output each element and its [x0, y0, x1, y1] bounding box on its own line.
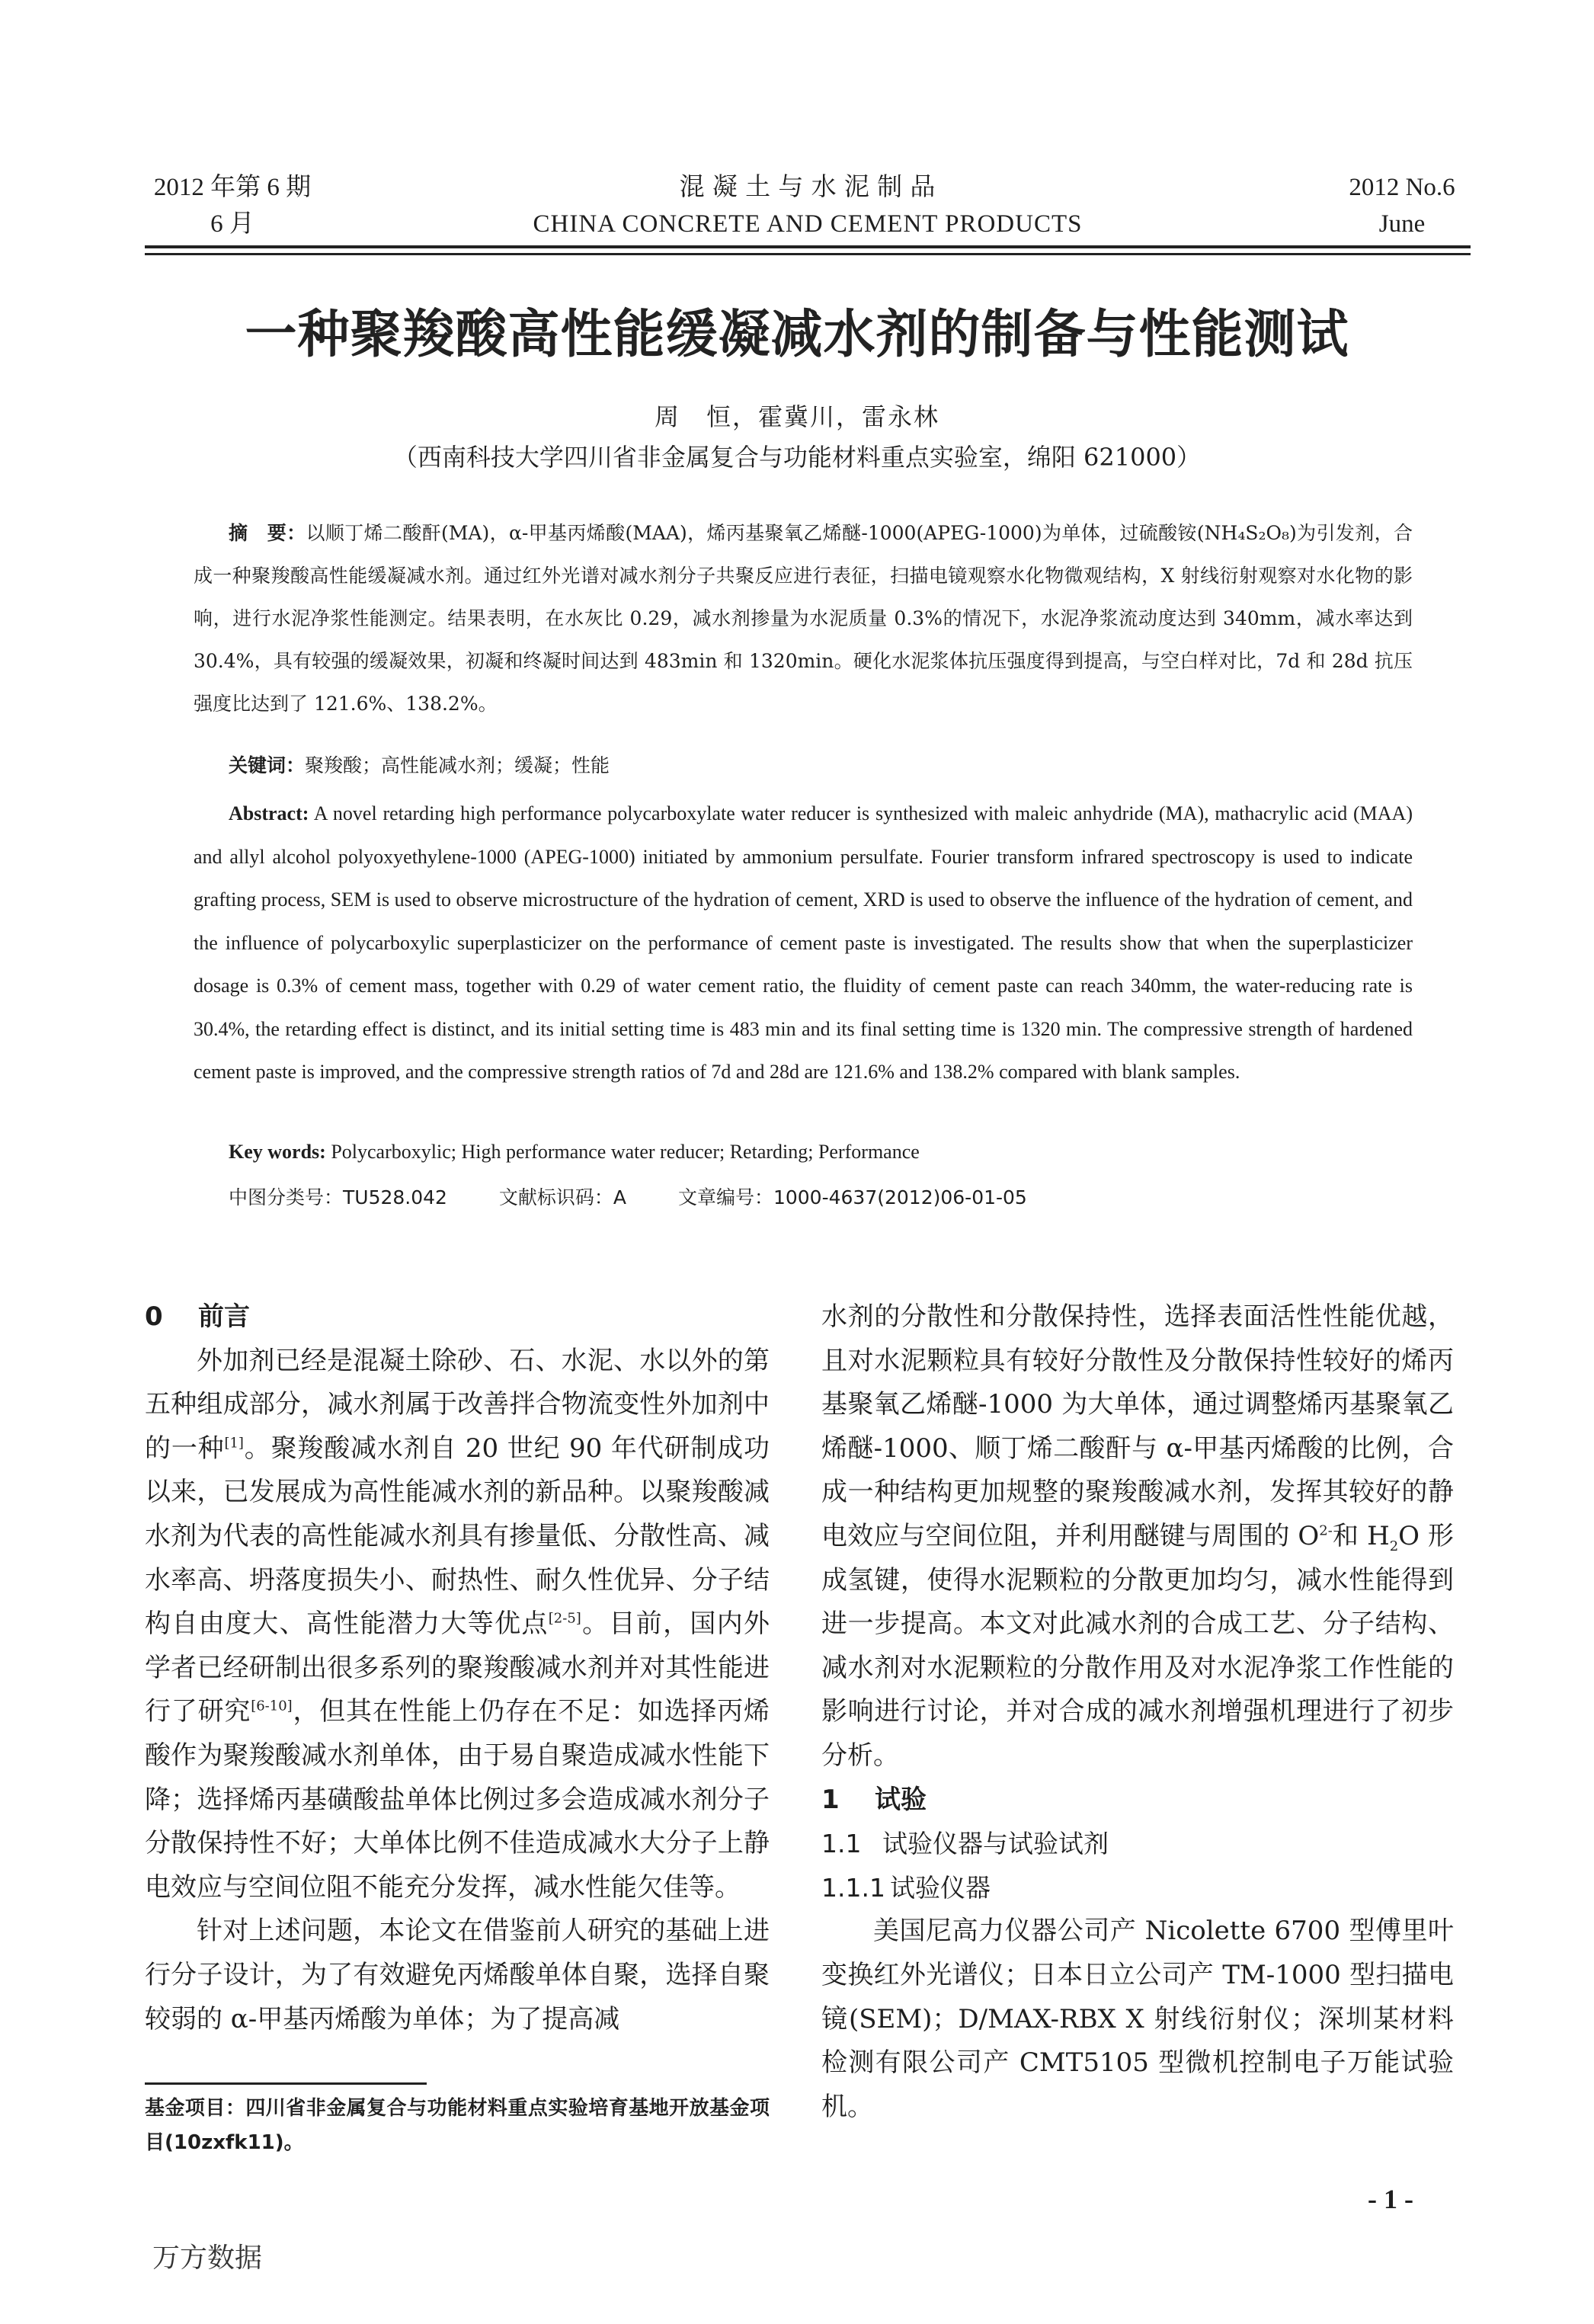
abstract-cn: 摘 要：以顺丁烯二酸酐(MA)，α-甲基丙烯酸(MAA)，烯丙基聚氧乙烯醚-10… [194, 512, 1413, 725]
issue-month-en: June [1333, 206, 1471, 242]
citation-ref: [1] [224, 1435, 244, 1451]
watermark: 万方数据 [152, 2236, 262, 2275]
section-heading-1-1: 1.1试验仪器与试验试剂 [821, 1822, 1454, 1866]
abstract-cn-label: 摘 要： [229, 522, 306, 544]
keywords-cn-text: 聚羧酸；高性能减水剂；缓凝；性能 [305, 754, 610, 776]
paper-page: 2012 年第 6 期 6 月 混 凝 土 与 水 泥 制 品 CHINA CO… [0, 0, 1594, 2324]
clc-number: 中图分类号：TU528.042 [229, 1186, 447, 1208]
classification-line: 中图分类号：TU528.042 文献标识码：A 文章编号：1000-4637(2… [229, 1183, 1073, 1210]
issue-year-en: 2012 No.6 [1333, 169, 1471, 206]
paragraph-intro-cont: 水剂的分散性和分散保持性，选择表面活性性能优越，且对水泥颗粒具有较好分散性及分散… [821, 1295, 1454, 1778]
funding-footnote: 基金项目：四川省非金属复合与功能材料重点实验培育基地开放基金项目(10zxfk1… [145, 2092, 770, 2160]
issue-en: 2012 No.6 June [1333, 169, 1471, 242]
footnote-rule [145, 2082, 427, 2085]
keywords-cn-label: 关键词： [229, 754, 305, 776]
header-rule-thick [145, 245, 1471, 248]
body-column-right: 水剂的分散性和分散保持性，选择表面活性性能优越，且对水泥颗粒具有较好分散性及分散… [821, 1295, 1454, 2129]
section-heading-0: 0前言 [145, 1295, 770, 1340]
journal-name-en: CHINA CONCRETE AND CEMENT PRODUCTS [145, 206, 1471, 242]
section-heading-1: 1试验 [821, 1778, 1454, 1823]
article-number: 文章编号：1000-4637(2012)06-01-05 [678, 1186, 1027, 1208]
abstract-en: Abstract: A novel retarding high perform… [194, 792, 1413, 1094]
keywords-en-text: Polycarboxylic; High performance water r… [326, 1141, 920, 1163]
keywords-en: Key words: Polycarboxylic; High performa… [229, 1141, 920, 1164]
journal-name-cn: 混 凝 土 与 水 泥 制 品 [145, 169, 1471, 206]
paper-title: 一种聚羧酸高性能缓凝减水剂的制备与性能测试 [0, 293, 1594, 367]
paragraph-intro-2: 针对上述问题，本论文在借鉴前人研究的基础上进行分子设计，为了有效避免丙烯酸单体自… [145, 1909, 770, 2041]
document-code: 文献标识码：A [499, 1186, 626, 1208]
keywords-en-label: Key words: [229, 1141, 326, 1163]
abstract-en-text: A novel retarding high performance polyc… [194, 802, 1413, 1083]
abstract-en-label: Abstract: [229, 802, 309, 824]
header-rule-thin [145, 253, 1471, 255]
page-number: - 1 - [1368, 2183, 1413, 2215]
paragraph-instruments: 美国尼高力仪器公司产 Nicolette 6700 型傅里叶变换红外光谱仪；日本… [821, 1909, 1454, 2129]
section-heading-1-1-1: 1.1.1试验仪器 [821, 1866, 1454, 1910]
citation-ref: [6-10] [251, 1698, 292, 1714]
paragraph-intro-1: 外加剂已经是混凝土除砂、石、水泥、水以外的第五种组成部分，减水剂属于改善拌合物流… [145, 1340, 770, 1910]
citation-ref: [2-5] [549, 1611, 581, 1627]
keywords-cn: 关键词：聚羧酸；高性能减水剂；缓凝；性能 [229, 751, 610, 778]
body-column-left: 0前言 外加剂已经是混凝土除砂、石、水泥、水以外的第五种组成部分，减水剂属于改善… [145, 1295, 770, 2041]
journal-name: 混 凝 土 与 水 泥 制 品 CHINA CONCRETE AND CEMEN… [145, 169, 1471, 242]
journal-header: 2012 年第 6 期 6 月 混 凝 土 与 水 泥 制 品 CHINA CO… [145, 169, 1471, 245]
affiliation: （西南科技大学四川省非金属复合与功能材料重点实验室，绵阳 621000） [0, 438, 1594, 473]
abstract-cn-text: 以顺丁烯二酸酐(MA)，α-甲基丙烯酸(MAA)，烯丙基聚氧乙烯醚-1000(A… [194, 522, 1413, 715]
authors: 周 恒，霍冀川，雷永林 [0, 398, 1594, 433]
